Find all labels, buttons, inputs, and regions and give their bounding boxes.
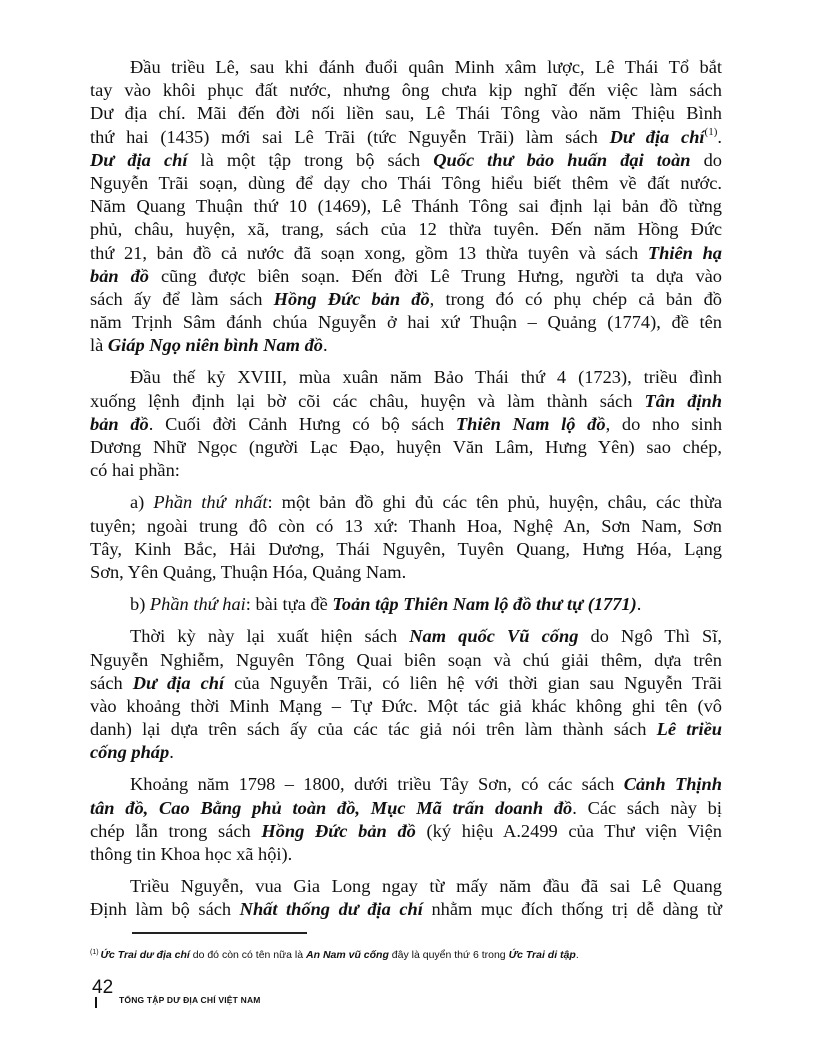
text-run: Đầu triều Lê, sau khi đánh đuổi quân Min… bbox=[130, 57, 722, 77]
text-line: tay vào khôi phục đất nước, nhưng ông ch… bbox=[90, 79, 722, 102]
text-run: . bbox=[637, 594, 642, 614]
text-run: là bbox=[90, 335, 108, 355]
text-run: . bbox=[717, 127, 722, 147]
text-run: : một bản đồ ghi đủ các tên phủ, huyện, … bbox=[267, 492, 722, 512]
book-title: Dư địa chí bbox=[90, 150, 187, 170]
text-run: , trong đó có phụ chép cả bản đồ bbox=[430, 289, 722, 309]
text-line: sách ấy để làm sách Hồng Đức bản đồ, tro… bbox=[90, 288, 722, 311]
text-line: Dư địa chí là một tập trong bộ sách Quốc… bbox=[90, 149, 722, 172]
book-title: Lê triều bbox=[657, 719, 722, 739]
text-line: bản đồ. Cuối đời Cảnh Hưng có bộ sách Th… bbox=[90, 413, 722, 436]
book-title: An Nam vũ cống bbox=[306, 949, 389, 961]
text-line: thông tin Khoa học xã hội). bbox=[90, 843, 722, 866]
text-line: vào khoảng thời Minh Mạng – Tự Đức. Một … bbox=[90, 695, 722, 718]
text-run: Thời kỳ này lại xuất hiện sách bbox=[130, 626, 409, 646]
page-number: 42 bbox=[92, 977, 113, 999]
book-title: cống pháp bbox=[90, 742, 169, 762]
book-title: Nhất thống dư địa chí bbox=[240, 899, 423, 919]
text-line: a) Phần thứ nhất: một bản đồ ghi đủ các … bbox=[90, 491, 722, 514]
text-line: danh) lại dựa trên sách ấy của các tác g… bbox=[90, 718, 722, 741]
text-line: Dương Nhữ Ngọc (người Lạc Đạo, huyện Văn… bbox=[90, 436, 722, 459]
text-line: phủ, châu, huyện, xã, trang, sách của 12… bbox=[90, 218, 722, 241]
text-run: Đầu thế kỷ XVIII, mùa xuân năm Bảo Thái … bbox=[130, 367, 722, 387]
text-line: Triều Nguyễn, vua Gia Long ngay từ mấy n… bbox=[90, 875, 722, 898]
text-run: đây là quyển thứ 6 trong bbox=[389, 949, 509, 961]
text-line: Dư địa chí. Mãi đến đời nối liền sau, Lê… bbox=[90, 102, 722, 125]
text-line: Sơn, Yên Quảng, Thuận Hóa, Quảng Nam. bbox=[90, 561, 722, 584]
book-title: bản đồ bbox=[90, 266, 149, 286]
paragraph: Khoảng năm 1798 – 1800, dưới triều Tây S… bbox=[90, 773, 722, 866]
footnote-rule bbox=[132, 932, 307, 934]
text-run: Sơn, Yên Quảng, Thuận Hóa, Quảng Nam. bbox=[90, 562, 406, 582]
text-run: chép lẫn trong sách bbox=[90, 821, 261, 841]
text-line: thứ 21, bản đồ cả nước đã soạn xong, gồm… bbox=[90, 242, 722, 265]
paragraph-gap bbox=[90, 616, 722, 625]
paragraph-gap bbox=[90, 764, 722, 773]
text-run: Triều Nguyễn, vua Gia Long ngay từ mấy n… bbox=[130, 876, 722, 896]
book-title: Thiên hạ bbox=[648, 243, 722, 263]
text-line: Nguyễn Trãi soạn, dùng để dạy cho Thái T… bbox=[90, 172, 722, 195]
text-run: Định làm bộ sách bbox=[90, 899, 240, 919]
text-run: thông tin Khoa học xã hội). bbox=[90, 844, 292, 864]
text-run: xuống lệnh định lại bờ cõi các châu, huy… bbox=[90, 391, 645, 411]
book-title: tân đồ, Cao Bằng phủ toàn đồ, Mục Mã trấ… bbox=[90, 798, 572, 818]
italic-label: Phần thứ nhất bbox=[153, 492, 267, 512]
text-line: Khoảng năm 1798 – 1800, dưới triều Tây S… bbox=[90, 773, 722, 796]
text-run: của Nguyễn Trãi, có liên hệ với thời gia… bbox=[224, 673, 722, 693]
text-run: Năm Quang Thuận thứ 10 (1469), Lê Thánh … bbox=[90, 196, 722, 216]
text-run: sách ấy để làm sách bbox=[90, 289, 274, 309]
text-line: cống pháp. bbox=[90, 741, 722, 764]
book-title: Toản tập Thiên Nam lộ đồ thư tự (1771) bbox=[332, 594, 636, 614]
text-line: b) Phần thứ hai: bài tựa đề Toản tập Thi… bbox=[90, 593, 722, 616]
paragraph: a) Phần thứ nhất: một bản đồ ghi đủ các … bbox=[90, 491, 722, 584]
text-run: (ký hiệu A.2499 của Thư viện Viện bbox=[416, 821, 722, 841]
running-head: TỔNG TẬP DƯ ĐỊA CHÍ VIỆT NAM bbox=[119, 995, 261, 1005]
text-run: . bbox=[576, 949, 579, 961]
paragraph: Thời kỳ này lại xuất hiện sách Nam quốc … bbox=[90, 625, 722, 764]
text-line: là Giáp Ngọ niên bình Nam đồ. bbox=[90, 334, 722, 357]
text-run: a) bbox=[130, 492, 153, 512]
text-run: do bbox=[691, 150, 722, 170]
body-text: Đầu triều Lê, sau khi đánh đuổi quân Min… bbox=[90, 56, 722, 922]
text-run: , do nho sinh bbox=[606, 414, 722, 434]
text-run: năm Trịnh Sâm đánh chúa Nguyễn ở hai xứ … bbox=[90, 312, 722, 332]
book-title: Quốc thư bảo huấn đại toàn bbox=[433, 150, 690, 170]
text-line: sách Dư địa chí của Nguyễn Trãi, có liên… bbox=[90, 672, 722, 695]
book-title: bản đồ bbox=[90, 414, 149, 434]
text-line: tân đồ, Cao Bằng phủ toàn đồ, Mục Mã trấ… bbox=[90, 797, 722, 820]
text-line: Đầu triều Lê, sau khi đánh đuổi quân Min… bbox=[90, 56, 722, 79]
text-line: Định làm bộ sách Nhất thống dư địa chí n… bbox=[90, 898, 722, 921]
paragraph-gap bbox=[90, 584, 722, 593]
text-run: cũng được biên soạn. Đến đời Lê Trung Hư… bbox=[149, 266, 722, 286]
book-title: Cảnh Thịnh bbox=[624, 774, 722, 794]
text-run: . bbox=[323, 335, 328, 355]
scan-speck bbox=[653, 549, 655, 551]
text-run: . bbox=[169, 742, 174, 762]
book-title: Nam quốc Vũ cống bbox=[409, 626, 578, 646]
footnote-marker: (1) bbox=[90, 949, 101, 956]
text-run: do đó còn có tên nữa là bbox=[190, 949, 306, 961]
text-run: phủ, châu, huyện, xã, trang, sách của 12… bbox=[90, 219, 722, 239]
paragraph: Triều Nguyễn, vua Gia Long ngay từ mấy n… bbox=[90, 875, 722, 921]
text-line: chép lẫn trong sách Hồng Đức bản đồ (ký … bbox=[90, 820, 722, 843]
text-line: Năm Quang Thuận thứ 10 (1469), Lê Thánh … bbox=[90, 195, 722, 218]
text-run: Dư địa chí. Mãi đến đời nối liền sau, Lê… bbox=[90, 103, 722, 123]
paragraph: b) Phần thứ hai: bài tựa đề Toản tập Thi… bbox=[90, 593, 722, 616]
text-run: sách bbox=[90, 673, 133, 693]
text-run: : bài tựa đề bbox=[246, 594, 333, 614]
text-line: xuống lệnh định lại bờ cõi các châu, huy… bbox=[90, 390, 722, 413]
text-run: thứ hai (1435) mới sai Lê Trãi (tức Nguy… bbox=[90, 127, 610, 147]
text-run: tay vào khôi phục đất nước, nhưng ông ch… bbox=[90, 80, 722, 100]
text-line: Tây, Kinh Bắc, Hải Dương, Thái Nguyên, T… bbox=[90, 538, 722, 561]
text-run: có hai phần: bbox=[90, 460, 180, 480]
text-run: vào khoảng thời Minh Mạng – Tự Đức. Một … bbox=[90, 696, 722, 716]
book-title: Hồng Đức bản đồ bbox=[261, 821, 415, 841]
footnote: (1) Ức Trai dư địa chí do đó còn có tên … bbox=[90, 949, 579, 961]
text-run: thứ 21, bản đồ cả nước đã soạn xong, gồm… bbox=[90, 243, 648, 263]
text-line: Đầu thế kỷ XVIII, mùa xuân năm Bảo Thái … bbox=[90, 366, 722, 389]
text-line: thứ hai (1435) mới sai Lê Trãi (tức Nguy… bbox=[90, 126, 722, 149]
paragraph: Đầu triều Lê, sau khi đánh đuổi quân Min… bbox=[90, 56, 722, 357]
text-line: Thời kỳ này lại xuất hiện sách Nam quốc … bbox=[90, 625, 722, 648]
paragraph-gap bbox=[90, 357, 722, 366]
text-run: danh) lại dựa trên sách ấy của các tác g… bbox=[90, 719, 657, 739]
text-run: Dương Nhữ Ngọc (người Lạc Đạo, huyện Văn… bbox=[90, 437, 722, 457]
text-run: do Ngô Thì Sĩ, bbox=[578, 626, 722, 646]
text-run: tuyên; ngoài trung đô còn có 13 xứ: Than… bbox=[90, 516, 722, 536]
book-title: Ức Trai di tập bbox=[509, 949, 576, 961]
italic-label: Phần thứ hai bbox=[150, 594, 246, 614]
text-run: Nguyễn Nghiễm, Nguyên Tông Quai biên soạ… bbox=[90, 650, 722, 670]
footnote-ref: (1) bbox=[705, 126, 718, 138]
text-run: Tây, Kinh Bắc, Hải Dương, Thái Nguyên, T… bbox=[90, 539, 722, 559]
book-title: Tân định bbox=[645, 391, 723, 411]
text-line: năm Trịnh Sâm đánh chúa Nguyễn ở hai xứ … bbox=[90, 311, 722, 334]
book-title: Ức Trai dư địa chí bbox=[101, 949, 190, 961]
book-title: Dư địa chí bbox=[133, 673, 224, 693]
text-line: bản đồ cũng được biên soạn. Đến đời Lê T… bbox=[90, 265, 722, 288]
page-number-bar bbox=[95, 997, 97, 1008]
text-line: tuyên; ngoài trung đô còn có 13 xứ: Than… bbox=[90, 515, 722, 538]
text-run: . Các sách này bị bbox=[572, 798, 722, 818]
text-run: b) bbox=[130, 594, 150, 614]
text-run: nhằm mục đích thống trị dễ dàng từ bbox=[423, 899, 722, 919]
text-run: Khoảng năm 1798 – 1800, dưới triều Tây S… bbox=[130, 774, 624, 794]
book-title: Hồng Đức bản đồ bbox=[274, 289, 430, 309]
book-title: Dư địa chí bbox=[610, 127, 705, 147]
paragraph-gap bbox=[90, 866, 722, 875]
text-run: là một tập trong bộ sách bbox=[187, 150, 433, 170]
text-run: Nguyễn Trãi soạn, dùng để dạy cho Thái T… bbox=[90, 173, 722, 193]
text-line: có hai phần: bbox=[90, 459, 722, 482]
paragraph: Đầu thế kỷ XVIII, mùa xuân năm Bảo Thái … bbox=[90, 366, 722, 482]
paragraph-gap bbox=[90, 482, 722, 491]
text-run: . Cuối đời Cảnh Hưng có bộ sách bbox=[149, 414, 456, 434]
book-title: Thiên Nam lộ đồ bbox=[456, 414, 606, 434]
book-title: Giáp Ngọ niên bình Nam đồ bbox=[108, 335, 323, 355]
text-line: Nguyễn Nghiễm, Nguyên Tông Quai biên soạ… bbox=[90, 649, 722, 672]
